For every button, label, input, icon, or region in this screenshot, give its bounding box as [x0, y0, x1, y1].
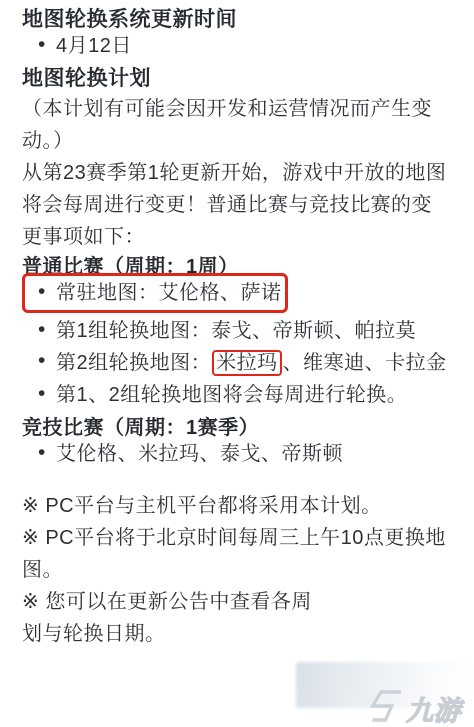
list-item-rotation-group2: 第2组轮换地图：米拉玛、维寒迪、卡拉金 — [38, 350, 452, 376]
weekly-rotation-note-text: 第1、2组轮换地图将会每周进行轮换。 — [56, 384, 407, 406]
subheading-ranked-match: 竞技比赛（周期：1赛季） — [22, 414, 452, 442]
ranked-maps-text: 艾伦格、米拉玛、泰戈、帝斯顿 — [56, 443, 343, 465]
section-heading-plan: 地图轮换计划 — [22, 65, 452, 93]
article-page: 地图轮换系统更新时间 4月12日 地图轮换计划 （本计划有可能会因开发和运营情况… — [0, 0, 474, 727]
update-date-text: 4月12日 — [56, 35, 132, 57]
rotation-group2-suffix-text: 、维寒迪、卡拉金 — [283, 352, 447, 374]
list-item-rotation-group1: 第1组轮换地图：泰戈、帝斯顿、帕拉莫 — [38, 319, 452, 343]
9game-watermark-logo: 九游 — [368, 685, 472, 727]
footnote-platform: ※ PC平台与主机平台都将采用本计划。 — [22, 490, 452, 522]
normal-match-list: 常驻地图：艾伦格、萨诺 第1组轮换地图：泰戈、帝斯顿、帕拉莫 第2组轮换地图：米… — [22, 281, 452, 407]
list-item-permanent-maps: 常驻地图：艾伦格、萨诺 — [38, 281, 452, 305]
plan-intro-text: 从第23赛季第1轮更新开始，游戏中开放的地图将会每周进行变更！普通比赛与竞技比赛… — [22, 157, 452, 253]
rotation-group1-text: 第1组轮换地图：泰戈、帝斯顿、帕拉莫 — [56, 320, 416, 342]
footnote-schedule: ※ PC平台将于北京时间每周三上午10点更换地图。 — [22, 522, 452, 586]
section-heading-update-time: 地图轮换系统更新时间 — [22, 6, 452, 34]
footnotes-block: ※ PC平台与主机平台都将采用本计划。 ※ PC平台将于北京时间每周三上午10点… — [22, 490, 452, 650]
footnote-announcement: ※ 您可以在更新公告中查看各周 划与轮换日期。 — [22, 586, 452, 650]
9game-glyph-icon — [370, 692, 400, 720]
permanent-maps-text: 常驻地图：艾伦格、萨诺 — [56, 282, 282, 304]
subheading-normal-match: 普通比赛（周期：1周） — [22, 253, 452, 281]
plan-disclaimer-text: （本计划有可能会因开发和运营情况而产生变动。） — [22, 93, 452, 157]
list-item-weekly-rotation-note: 第1、2组轮换地图将会每周进行轮换。 — [38, 383, 452, 407]
list-item-ranked-maps: 艾伦格、米拉玛、泰戈、帝斯顿 — [38, 442, 452, 466]
red-highlight-box-permanent-maps: 常驻地图：艾伦格、萨诺 — [56, 281, 282, 305]
rotation-group2-prefix-text: 第2组轮换地图： — [56, 352, 211, 374]
update-date-list: 4月12日 — [22, 34, 452, 58]
footnote-announcement-line1: ※ 您可以在更新公告中查看各周 — [22, 586, 452, 618]
watermark-text: 九游 — [406, 696, 465, 726]
footnote-announcement-line2: 划与轮换日期。 — [22, 618, 452, 650]
red-highlight-box-miramar: 米拉玛 — [212, 350, 282, 376]
ranked-match-list: 艾伦格、米拉玛、泰戈、帝斯顿 — [22, 442, 452, 466]
list-item-update-date: 4月12日 — [38, 34, 452, 58]
